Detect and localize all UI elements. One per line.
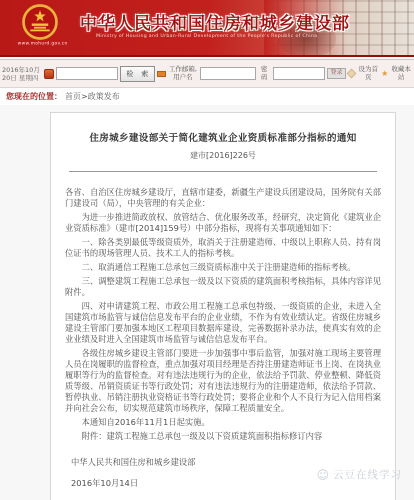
document-body: 各省、自治区住房城乡建设厅，直辖市建委，新疆生产建设兵团建设局，国务院有关部门建… (65, 187, 381, 442)
password-field[interactable] (273, 67, 325, 80)
document-paragraph: 附件：建筑工程施工总承包一级及以下资质建筑面积指标修订内容 (65, 431, 381, 442)
mail-icon (157, 71, 166, 77)
document-paragraph: 一、除各类别最低等级资质外，取消关于注册建造师、中级以上职称人员、持有岗位证书的… (65, 237, 381, 259)
document-paragraph: 四、对申请建筑工程、市政公用工程施工总承包特级、一级资质的企业，未进入全国建筑市… (65, 301, 381, 345)
document-paragraph: 各省、自治区住房城乡建设厅，直辖市建委，新疆生产建设兵团建设局，国务院有关部门建… (65, 187, 381, 209)
calendar-icon (44, 69, 54, 79)
title-divider (69, 171, 377, 172)
breadcrumb-path[interactable]: 首页>政策发布 (65, 92, 120, 101)
bookmark-site-link[interactable]: 收藏本站 (390, 66, 412, 81)
document-number: 建市[2016]226号 (65, 150, 381, 161)
document-paragraph: 为进一步推进简政放权、放管结合、优化服务改革，经研究，决定简化《建筑业企业资质标… (65, 212, 381, 234)
document-paragraph: 本通知自2016年11月1日起实施。 (65, 417, 381, 428)
yundou-logo-icon: ☺ (316, 469, 330, 481)
site-subtitle-english: Ministry of Housing and Urban-Rural Deve… (96, 33, 317, 38)
username-field[interactable] (200, 67, 256, 80)
notice-document: 住房城乡建设部关于简化建筑业企业资质标准部分指标的通知 建市[2016]226号… (50, 112, 396, 500)
home-icon (347, 69, 357, 79)
current-date: 2016年10月20日 星期四 (2, 66, 42, 82)
site-url-caption: www.mohurd.gov.cn (18, 41, 63, 46)
document-paragraph: 二、取消通信工程施工总承包三级资质标准中关于注册建造师的指标考核。 (65, 262, 381, 273)
national-emblem-icon (22, 4, 58, 40)
document-paragraph: 各级住房城乡建设主管部门要进一步加强事中事后监管，加强对施工现场主要管理人员在岗… (65, 348, 381, 414)
document-title: 住房城乡建设部关于简化建筑业企业资质标准部分指标的通知 (65, 130, 381, 144)
watermark-text: 云豆在线学习 (333, 467, 402, 482)
site-banner: www.mohurd.gov.cn 中华人民共和国住房和城乡建设部 Minist… (0, 0, 414, 57)
work-mail-label: 工作邮箱, 用户名 (168, 66, 198, 81)
bookmark-star-icon: ★ (381, 70, 388, 78)
watermark: ☺ 云豆在线学习 (316, 467, 402, 482)
document-paragraph: 三、调整建筑工程施工总承包一级及以下资质的建筑面积考核指标，具体内容详见附件。 (65, 276, 381, 298)
set-homepage-link[interactable]: 设为首页 (357, 66, 379, 81)
login-button[interactable]: 登录 (327, 68, 347, 79)
site-title: 中华人民共和国住房和城乡建设部 (80, 9, 350, 34)
password-label: 密码 (258, 66, 271, 81)
search-button[interactable]: 检 索 (120, 66, 156, 82)
emblem-block: www.mohurd.gov.cn (9, 4, 71, 48)
breadcrumb: 您现在的位置：首页>政策发布 (6, 91, 120, 102)
top-toolbar: 2016年10月20日 星期四 检 索 工作邮箱, 用户名 密码 登录 设为首页… (0, 59, 414, 88)
breadcrumb-prefix: 您现在的位置： (6, 92, 62, 101)
search-input[interactable] (56, 67, 118, 80)
